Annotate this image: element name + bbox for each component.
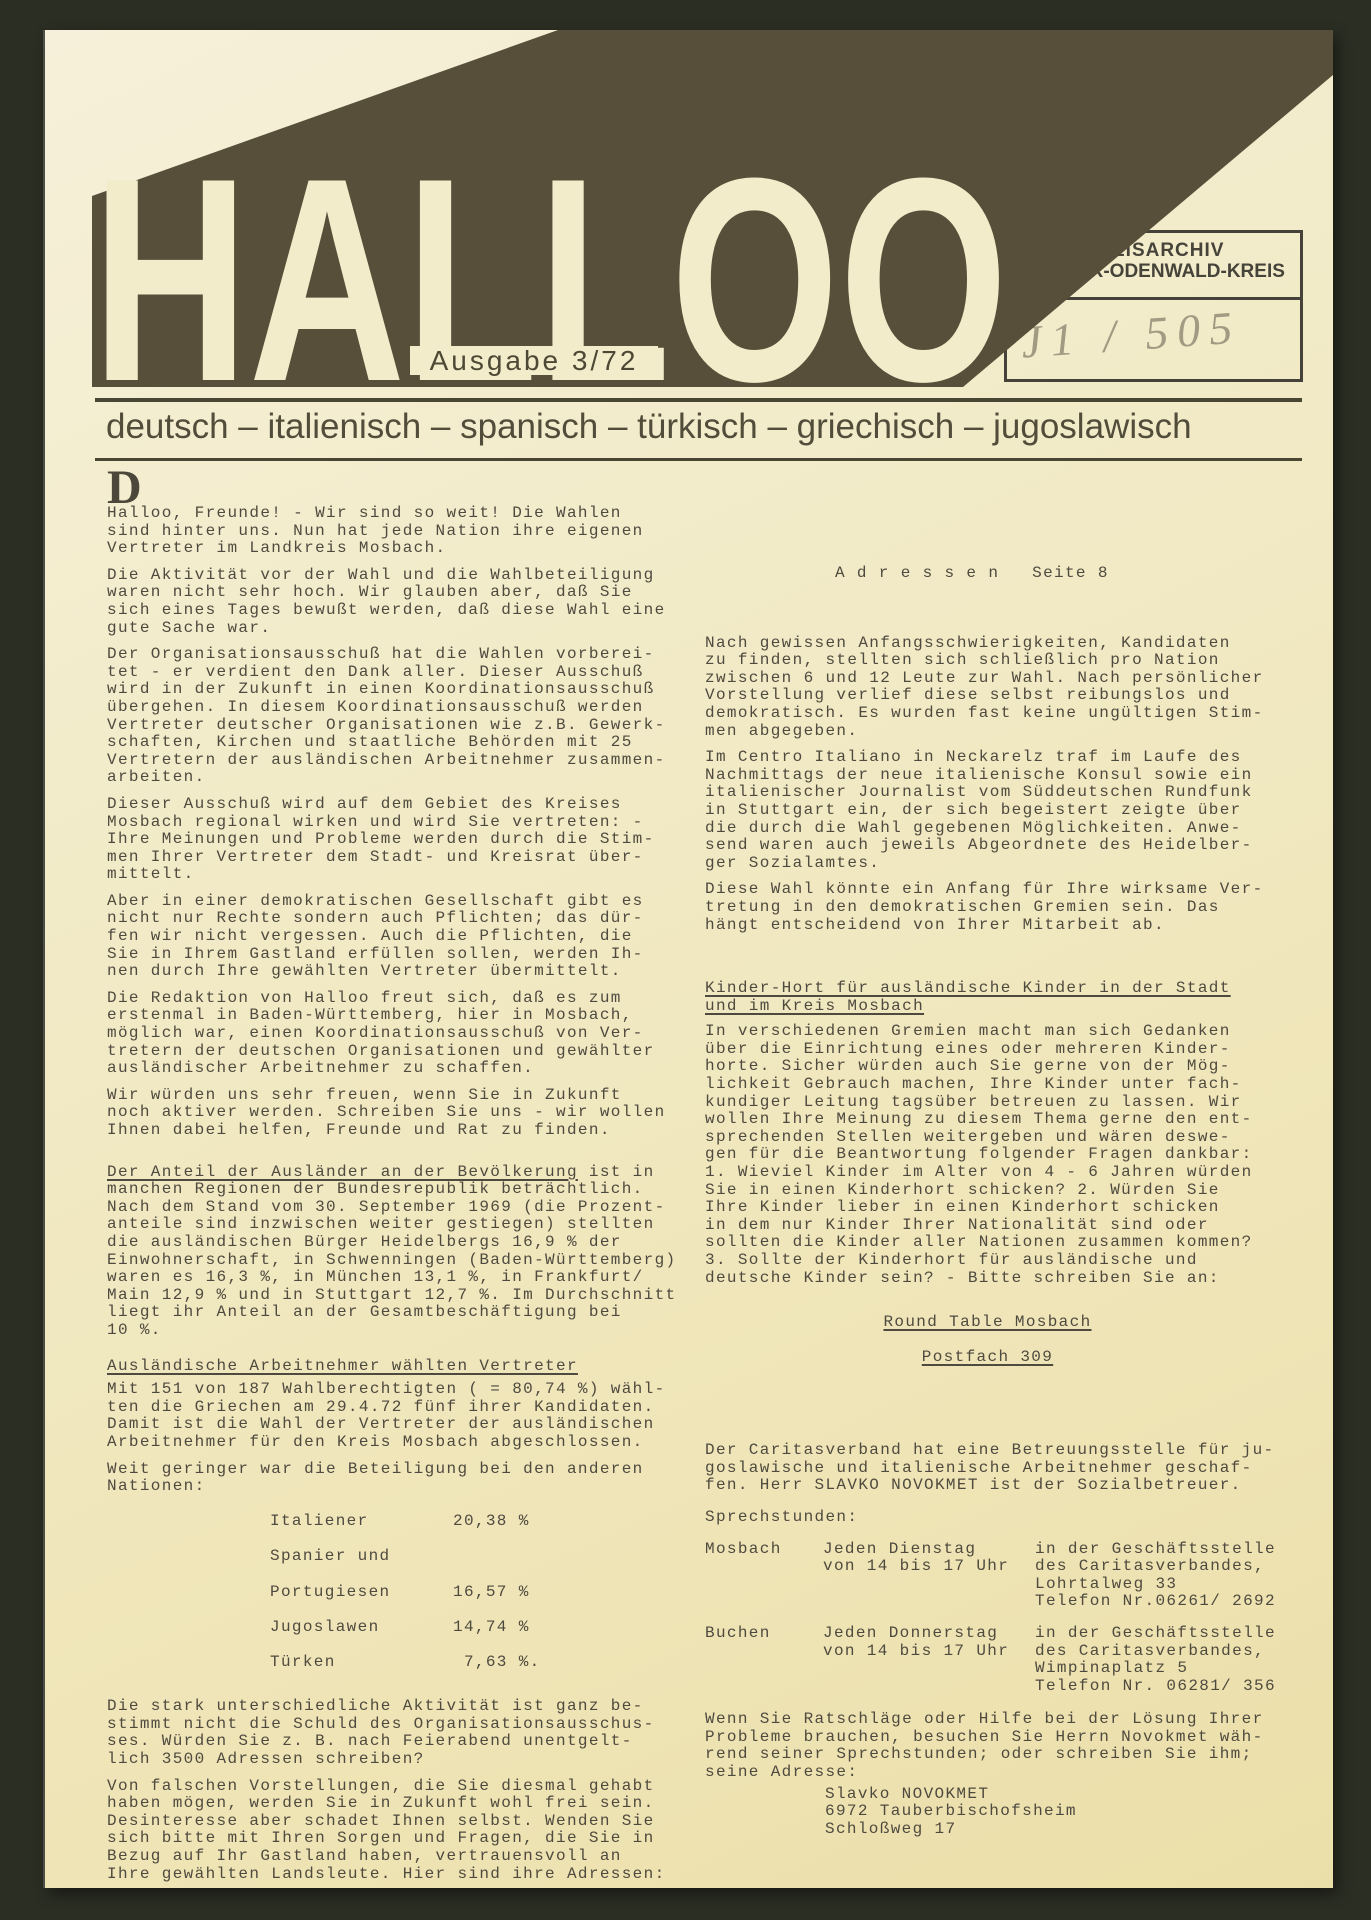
paragraph-regional: Dieser Ausschuß wird auf dem Gebiet des … bbox=[107, 796, 699, 884]
office-city: Mosbach bbox=[705, 1541, 823, 1611]
left-column: Halloo, Freunde! - Wir sind so weit! Die… bbox=[107, 505, 699, 1892]
table-row: Italiener 20,38 % bbox=[270, 1513, 699, 1531]
paragraph-activity-low: Die Aktivität vor der Wahl und die Wahlb… bbox=[107, 567, 699, 637]
paragraph-centro-italiano: Im Centro Italiano in Neckarelz traf im … bbox=[705, 749, 1303, 872]
paragraph-duties: Aber in einer demokratischen Gesellschaf… bbox=[107, 893, 699, 981]
nation-value: 7,63 %. bbox=[453, 1654, 541, 1672]
paragraph-wahl-anfang: Diese Wahl könnte ein Anfang für Ihre wi… bbox=[705, 881, 1303, 934]
addresses-page-note: A d r e s s e n Seite 8 bbox=[835, 565, 1303, 583]
contact-line: Round Table Mosbach bbox=[705, 1314, 1270, 1332]
paragraph-foreigner-share: Der Anteil der Ausländer an der Bevölker… bbox=[107, 1164, 699, 1340]
contact-address-block: Round Table Mosbach Postfach 309 bbox=[705, 1296, 1270, 1384]
paragraph-caritas: Der Caritasverband hat eine Betreuungsst… bbox=[705, 1442, 1303, 1495]
office-hours-label: Sprechstunden: bbox=[705, 1509, 1303, 1527]
paragraph-election: Mit 151 von 187 Wahlberechtigten ( = 80,… bbox=[107, 1381, 699, 1451]
paragraph-committee: Der Organisationsausschuß hat die Wahlen… bbox=[107, 646, 699, 787]
issue-label: Ausgabe 3/72 bbox=[430, 347, 639, 375]
office-hours-row: Mosbach Jeden Dienstag von 14 bis 17 Uhr… bbox=[705, 1541, 1303, 1611]
paragraph-invitation: Wir würden uns sehr freuen, wenn Sie in … bbox=[107, 1087, 699, 1140]
nation-name: Italiener bbox=[270, 1513, 453, 1531]
paragraph-advice: Wenn Sie Ratschläge oder Hilfe bei der L… bbox=[705, 1711, 1303, 1781]
table-row: Jugoslawen 14,74 % bbox=[270, 1619, 699, 1637]
paragraph-activity-difference: Die stark unterschiedliche Aktivität ist… bbox=[107, 1698, 699, 1768]
nation-name: Jugoslawen bbox=[270, 1619, 453, 1637]
nation-name: Türken bbox=[270, 1654, 453, 1672]
contact-line: Postfach 309 bbox=[705, 1349, 1270, 1367]
office-location: in der Geschäftsstelle des Caritasverban… bbox=[1035, 1625, 1303, 1695]
share-rest: ist in manchen Regionen der Bundesrepubl… bbox=[107, 1163, 676, 1339]
kinderhort-heading: Kinder-Hort für ausländische Kinder in d… bbox=[705, 980, 1303, 1015]
masthead-title: HALLOO bbox=[92, 118, 1008, 442]
table-row: Portugiesen 16,57 % bbox=[270, 1584, 699, 1602]
participation-table: Italiener 20,38 % Spanier und Portugiese… bbox=[270, 1496, 699, 1690]
office-hours-row: Buchen Jeden Donnerstag von 14 bis 17 Uh… bbox=[705, 1625, 1303, 1695]
paper-sheet: KREISARCHIV NECKAR-ODENWALD-KREIS J1 / 5… bbox=[45, 30, 1333, 1888]
scanned-newsletter-page: KREISARCHIV NECKAR-ODENWALD-KREIS J1 / 5… bbox=[0, 0, 1371, 1920]
office-city: Buchen bbox=[705, 1625, 823, 1695]
contact-postbox: Postfach 309 bbox=[922, 1348, 1053, 1366]
office-location: in der Geschäftsstelle des Caritasverban… bbox=[1035, 1541, 1303, 1611]
contact-org: Round Table Mosbach bbox=[883, 1313, 1091, 1331]
office-schedule: Jeden Donnerstag von 14 bis 17 Uhr bbox=[823, 1625, 1035, 1695]
issue-label-box: Ausgabe 3/72 bbox=[410, 346, 658, 375]
underlined-lead: Der Anteil der Ausländer an der Bevölker… bbox=[107, 1163, 578, 1181]
office-schedule: Jeden Dienstag von 14 bis 17 Uhr bbox=[823, 1541, 1035, 1611]
right-column: A d r e s s e n Seite 8 Nach gewissen An… bbox=[705, 565, 1303, 1838]
paragraph-closing: Von falschen Vorstellungen, die Sie dies… bbox=[107, 1778, 699, 1884]
paragraph-greeting: Halloo, Freunde! - Wir sind so weit! Die… bbox=[107, 505, 699, 558]
nation-value: 20,38 % bbox=[453, 1513, 530, 1531]
election-heading: Ausländische Arbeitnehmer wählten Vertre… bbox=[107, 1358, 699, 1376]
novokmet-address-block: Slavko NOVOKMET 6972 Tauberbischofsheim … bbox=[825, 1786, 1303, 1839]
paragraph-kinderhort: In verschiedenen Gremien macht man sich … bbox=[705, 1023, 1303, 1287]
paragraph-participation-intro: Weit geringer war die Beteiligung bei de… bbox=[107, 1461, 699, 1496]
paragraph-candidates: Nach gewissen Anfangsschwierigkeiten, Ka… bbox=[705, 635, 1303, 741]
paragraph-redaktion: Die Redaktion von Halloo freut sich, daß… bbox=[107, 990, 699, 1078]
table-row: Türken 7,63 %. bbox=[270, 1654, 699, 1672]
masthead-graphic: HALLOO bbox=[45, 30, 1333, 490]
nation-name: Portugiesen bbox=[270, 1584, 453, 1602]
table-row: Spanier und bbox=[270, 1548, 699, 1566]
nation-name: Spanier und bbox=[270, 1548, 453, 1566]
nation-value: 14,74 % bbox=[453, 1619, 530, 1637]
nation-value: 16,57 % bbox=[453, 1584, 530, 1602]
